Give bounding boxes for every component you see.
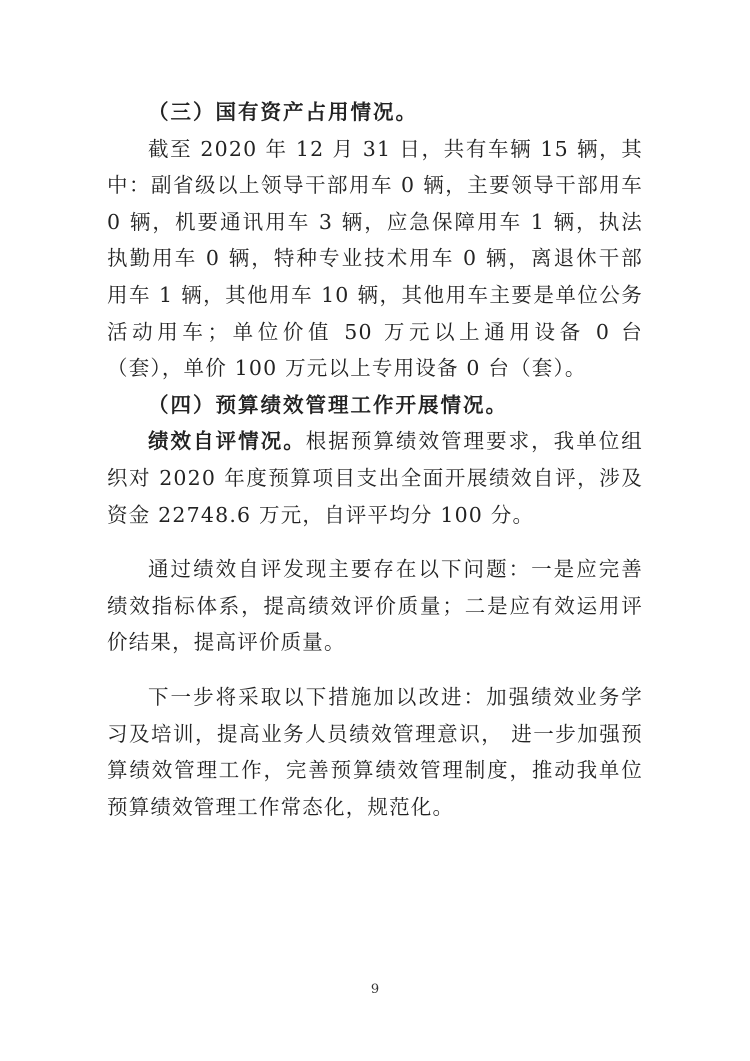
paragraph-problems: 通过绩效自评发现主要存在以下问题：一是应完善绩效指标体系，提高绩效评价质量；二是… xyxy=(107,551,643,661)
paragraph-improvements: 下一步将采取以下措施加以改进：加强绩效业务学习及培训，提高业务人员绩效管理意识，… xyxy=(107,679,643,825)
section-heading-performance: （四）预算绩效管理工作开展情况。 xyxy=(107,387,643,424)
paragraph-gap xyxy=(107,661,643,679)
paragraph-vehicles-equipment: 截至 2020 年 12 月 31 日，共有车辆 15 辆，其中：副省级以上领导… xyxy=(107,131,643,387)
document-body: （三）国有资产占用情况。 截至 2020 年 12 月 31 日，共有车辆 15… xyxy=(107,94,643,825)
paragraph-self-evaluation: 绩效自评情况。根据预算绩效管理要求，我单位组织对 2020 年度预算项目支出全面… xyxy=(107,423,643,533)
section-heading-assets: （三）国有资产占用情况。 xyxy=(107,94,643,131)
paragraph-gap xyxy=(107,533,643,551)
page-number: 9 xyxy=(0,982,750,997)
self-evaluation-lead: 绩效自评情况。 xyxy=(148,429,306,453)
document-page: （三）国有资产占用情况。 截至 2020 年 12 月 31 日，共有车辆 15… xyxy=(0,0,750,1061)
